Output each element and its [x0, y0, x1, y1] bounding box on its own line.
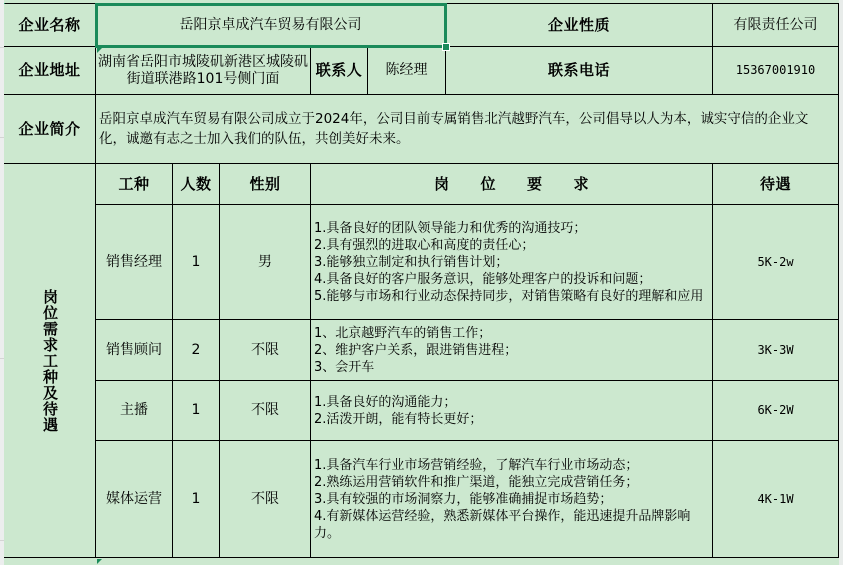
gender-cell[interactable]: 男 [220, 205, 311, 320]
job-type-cell[interactable]: 主播 [96, 381, 173, 441]
requirements-cell[interactable]: 1.具备良好的沟通能力； 2.活泼开朗，能有特长更好； [311, 381, 713, 441]
headcount-cell[interactable]: 2 [173, 320, 220, 381]
comment-indicator-icon [97, 559, 102, 564]
gender-cell[interactable]: 不限 [220, 441, 311, 558]
phone-label[interactable]: 联系电话 [446, 47, 713, 95]
contact-cell[interactable]: 陈经理 [368, 47, 446, 95]
phone-cell[interactable]: 15367001910 [713, 47, 839, 95]
jobs-section-label: 岗位需求工种及待遇 [41, 289, 58, 433]
headcount-cell[interactable]: 1 [173, 381, 220, 441]
headcount-cell[interactable]: 1 [173, 441, 220, 558]
header-requirements[interactable]: 岗 位 要 求 [311, 164, 713, 205]
salary-cell[interactable]: 3K-3W [713, 320, 839, 381]
requirements-cell[interactable]: 1.具备良好的团队领导能力和优秀的沟通技巧； 2.具有强烈的进取心和高度的责任心… [311, 205, 713, 320]
comment-indicator-icon [97, 48, 102, 53]
header-gender[interactable]: 性别 [220, 164, 311, 205]
gender-cell[interactable]: 不限 [220, 381, 311, 441]
jobs-section-label-cell[interactable]: 岗位需求工种及待遇 [4, 164, 96, 558]
requirements-cell[interactable]: 1、北京越野汽车的销售工作； 2、维护客户关系，跟进销售进程； 3、会开车 [311, 320, 713, 381]
header-salary[interactable]: 待遇 [713, 164, 839, 205]
company-type-label[interactable]: 企业性质 [446, 4, 713, 47]
gender-cell[interactable]: 不限 [220, 320, 311, 381]
company-intro-label[interactable]: 企业简介 [4, 95, 96, 164]
headcount-cell[interactable]: 1 [173, 205, 220, 320]
company-address-cell[interactable]: 湖南省岳阳市城陵矶新港区城陵矶街道联港路101号侧门面 [96, 47, 311, 95]
salary-cell[interactable]: 5K-2w [713, 205, 839, 320]
company-name-label[interactable]: 企业名称 [4, 4, 96, 47]
job-type-cell[interactable]: 销售经理 [96, 205, 173, 320]
salary-cell[interactable]: 6K-2W [713, 381, 839, 441]
right-gutter [839, 0, 843, 565]
company-type-cell[interactable]: 有限责任公司 [713, 4, 839, 47]
requirements-cell[interactable]: 1.具备汽车行业市场营销经验，了解汽车行业市场动态； 2.熟练运用营销软件和推广… [311, 441, 713, 558]
fill-handle[interactable] [442, 43, 450, 51]
header-headcount[interactable]: 人数 [173, 164, 220, 205]
header-job-type[interactable]: 工种 [96, 164, 173, 205]
contact-label[interactable]: 联系人 [311, 47, 368, 95]
company-intro-cell[interactable]: 岳阳京卓成汽车贸易有限公司成立于2024年，公司目前专属销售北汽越野汽车，公司倡… [96, 95, 839, 164]
job-type-cell[interactable]: 销售顾问 [96, 320, 173, 381]
company-address-label[interactable]: 企业地址 [4, 47, 96, 95]
salary-cell[interactable]: 4K-1W [713, 441, 839, 558]
job-type-cell[interactable]: 媒体运营 [96, 441, 173, 558]
company-name-cell[interactable]: 岳阳京卓成汽车贸易有限公司 [96, 4, 446, 47]
